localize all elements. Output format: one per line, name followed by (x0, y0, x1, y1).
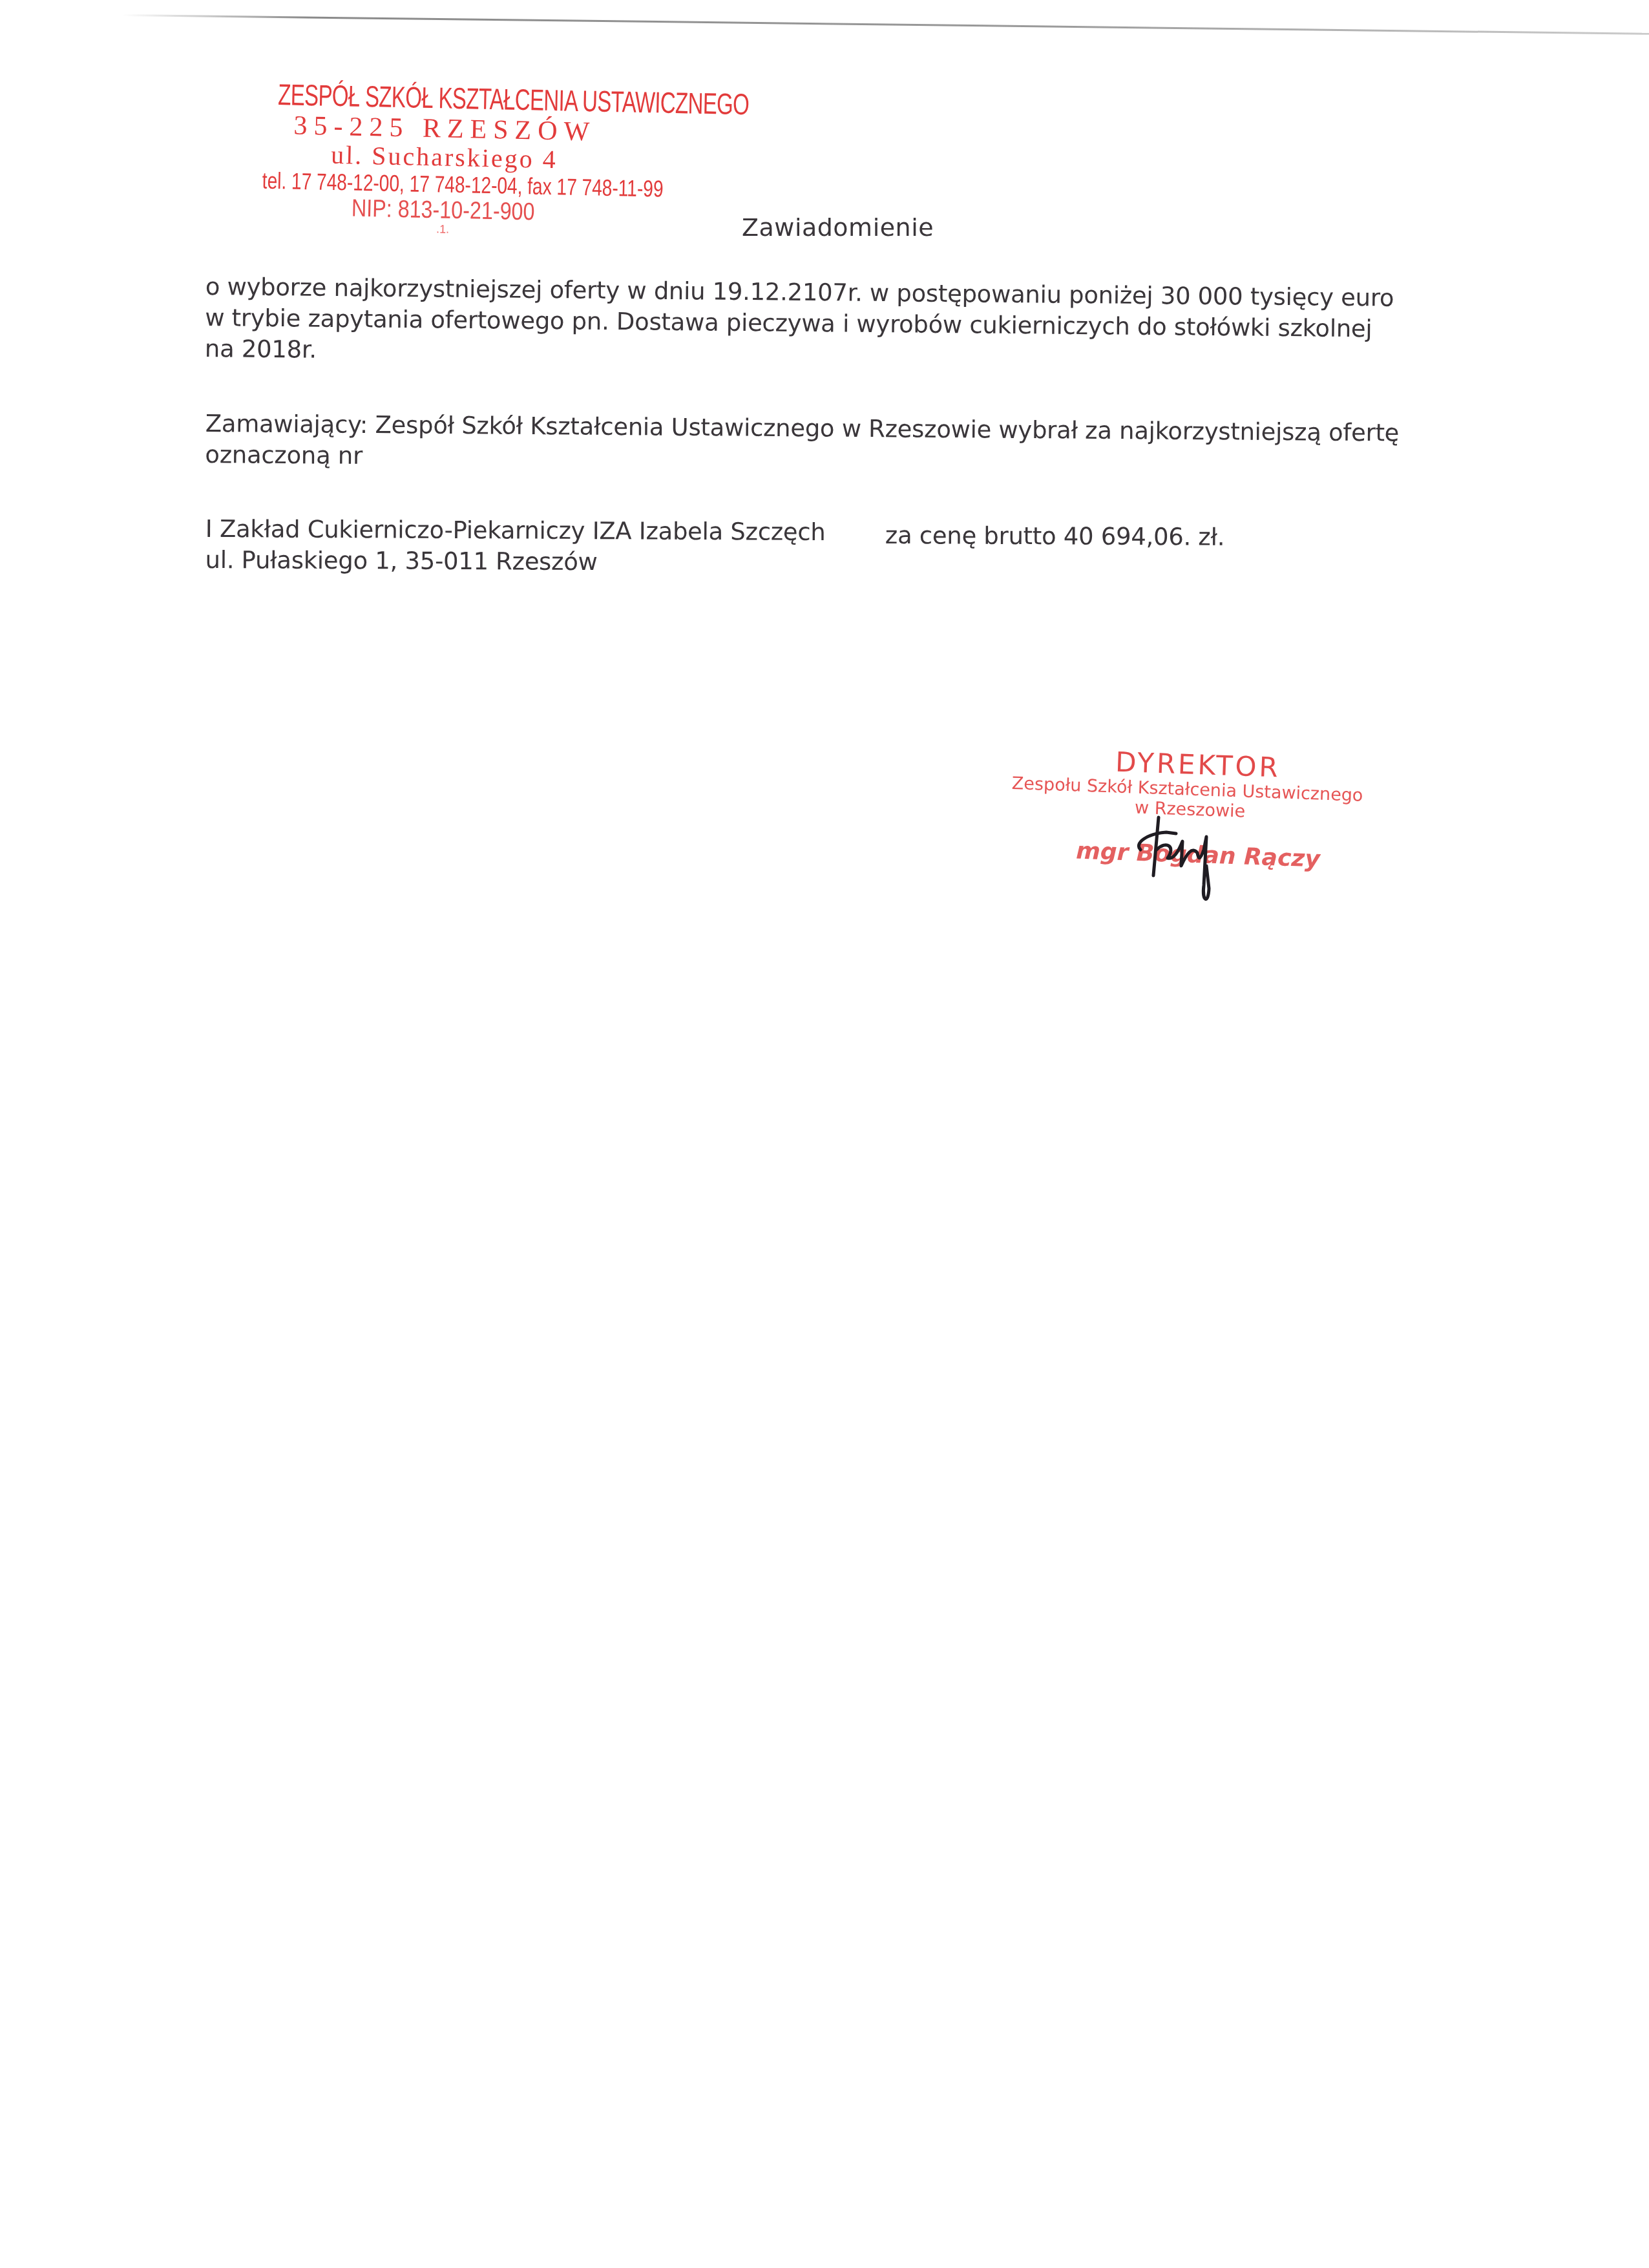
handwritten-signature-icon (1128, 814, 1257, 911)
document-title: Zawiadomienie (742, 213, 934, 242)
scanner-edge-line (123, 14, 1649, 35)
offer-address: ul. Pułaskiego 1, 35-011 Rzeszów (205, 545, 825, 579)
offer-price: za cenę brutto 40 694,06. zł. (885, 520, 1225, 553)
offer-company: I Zakład Cukierniczo-Piekarniczy IZA Iza… (205, 514, 826, 548)
notification-paragraph: o wyborze najkorzystniejszej oferty w dn… (205, 271, 1394, 376)
stamp-institution-name: ZESPÓŁ SZKÓŁ KSZTAŁCENIA USTAWICZNEGO (278, 78, 613, 118)
institution-header-stamp: ZESPÓŁ SZKÓŁ KSZTAŁCENIA USTAWICZNEGO 35… (210, 76, 678, 240)
selected-offer: I Zakład Cukierniczo-Piekarniczy IZA Iza… (205, 514, 825, 579)
contracting-party-paragraph: Zamawiający: Zespół Szkół Kształcenia Us… (205, 408, 1399, 480)
